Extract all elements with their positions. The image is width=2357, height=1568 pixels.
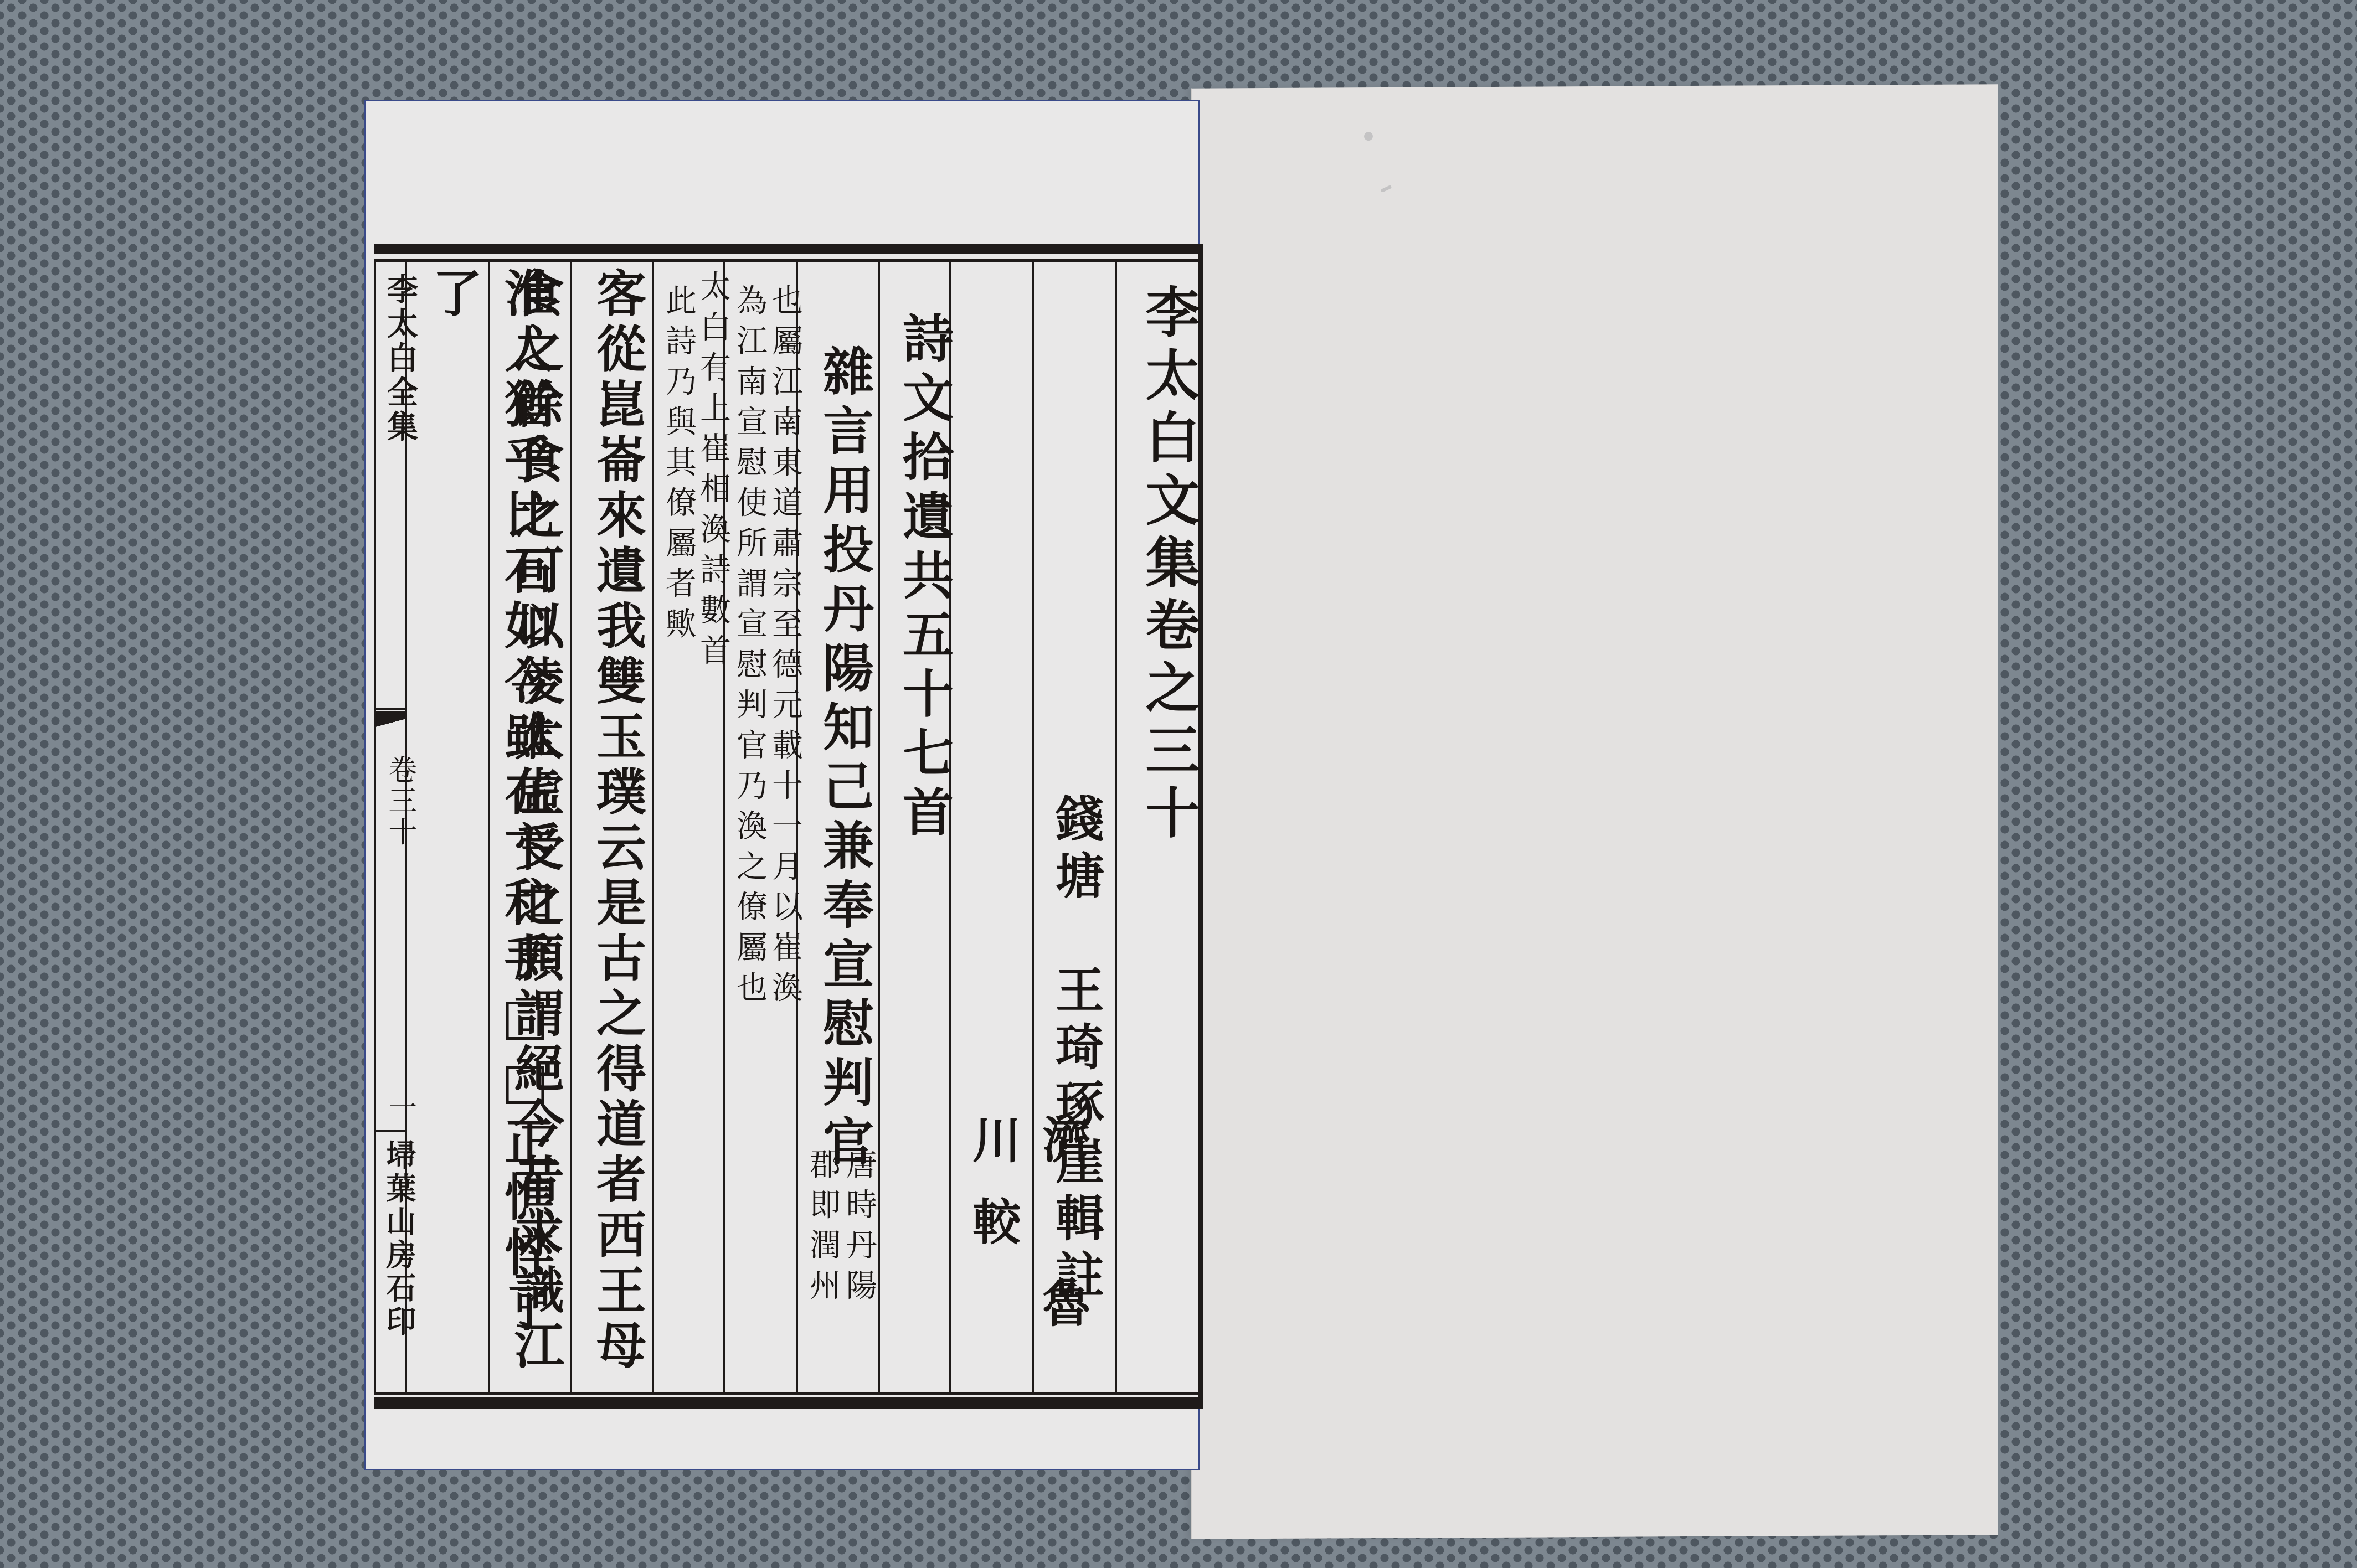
paper-spot: [1364, 132, 1373, 141]
annotation-line: 此詩乃與其僚屬者歟: [656, 284, 701, 648]
poem-title: 雜言用投丹陽知己兼奉宣慰判官: [808, 345, 881, 1174]
frame-bottom-inner-rule: [374, 1392, 1203, 1395]
banxin-divider: [376, 708, 405, 710]
banxin: 李太白全集 卷三十 一 埽葉山房石印: [374, 262, 405, 1392]
column-poem-title: 雜言用投丹陽知己兼奉宣慰判官 唐時丹陽 郡即潤州: [796, 262, 878, 1392]
text-columns: 李太白文集卷之三十 錢塘 王琦琢崖輯註 濟 魯川較 詩文拾遺共五十七首 雜言用投…: [374, 262, 1198, 1392]
annotation-line: 郡即潤州: [800, 1148, 845, 1309]
frame-bottom-rule: [374, 1397, 1203, 1409]
column-annotation-3: 太白有上崔相渙詩數首 此詩乃與其僚屬者歟: [652, 262, 723, 1392]
fishtail-mark: [376, 711, 405, 731]
poem-line: 淮人猶乎比石如今雖在卞和手□□正憔悴了了: [417, 267, 561, 1392]
book-title: 李太白全集: [378, 273, 423, 445]
column-title: 李太白文集卷之三十: [1115, 262, 1198, 1392]
column-body-1: 客從崑崙來遺我雙玉璞云是古之得道者西王母: [570, 262, 652, 1392]
publisher-mark: 埽葉山房石印: [378, 1139, 421, 1339]
banxin-divider: [376, 1130, 405, 1132]
column-section: 詩文拾遺共五十七首: [878, 262, 949, 1392]
column-proofreader: 濟 魯川較: [949, 262, 1032, 1392]
book-scene: 李太白文集卷之三十 錢塘 王琦琢崖輯註 濟 魯川較 詩文拾遺共五十七首 雜言用投…: [0, 0, 2357, 1568]
proofreader-credit: 濟 魯川較: [959, 1115, 1098, 1392]
right-blank-page: [1191, 84, 1998, 1539]
paper-spot: [1381, 185, 1392, 193]
poem-line: 客從崑崙來遺我雙玉璞云是古之得道者西王母: [581, 267, 653, 1375]
section-heading: 詩文拾遺共五十七首: [888, 312, 961, 845]
volume-title: 李太白文集卷之三十: [1129, 284, 1207, 847]
frame-top-rule: [374, 244, 1203, 254]
print-frame: 李太白文集卷之三十 錢塘 王琦琢崖輯註 濟 魯川較 詩文拾遺共五十七首 雜言用投…: [374, 244, 1203, 1409]
banxin-block: 李太白全集 卷三十 一 埽葉山房石印: [376, 262, 405, 1392]
page-number: 一: [379, 1092, 421, 1121]
volume-label: 卷三十: [379, 755, 421, 848]
